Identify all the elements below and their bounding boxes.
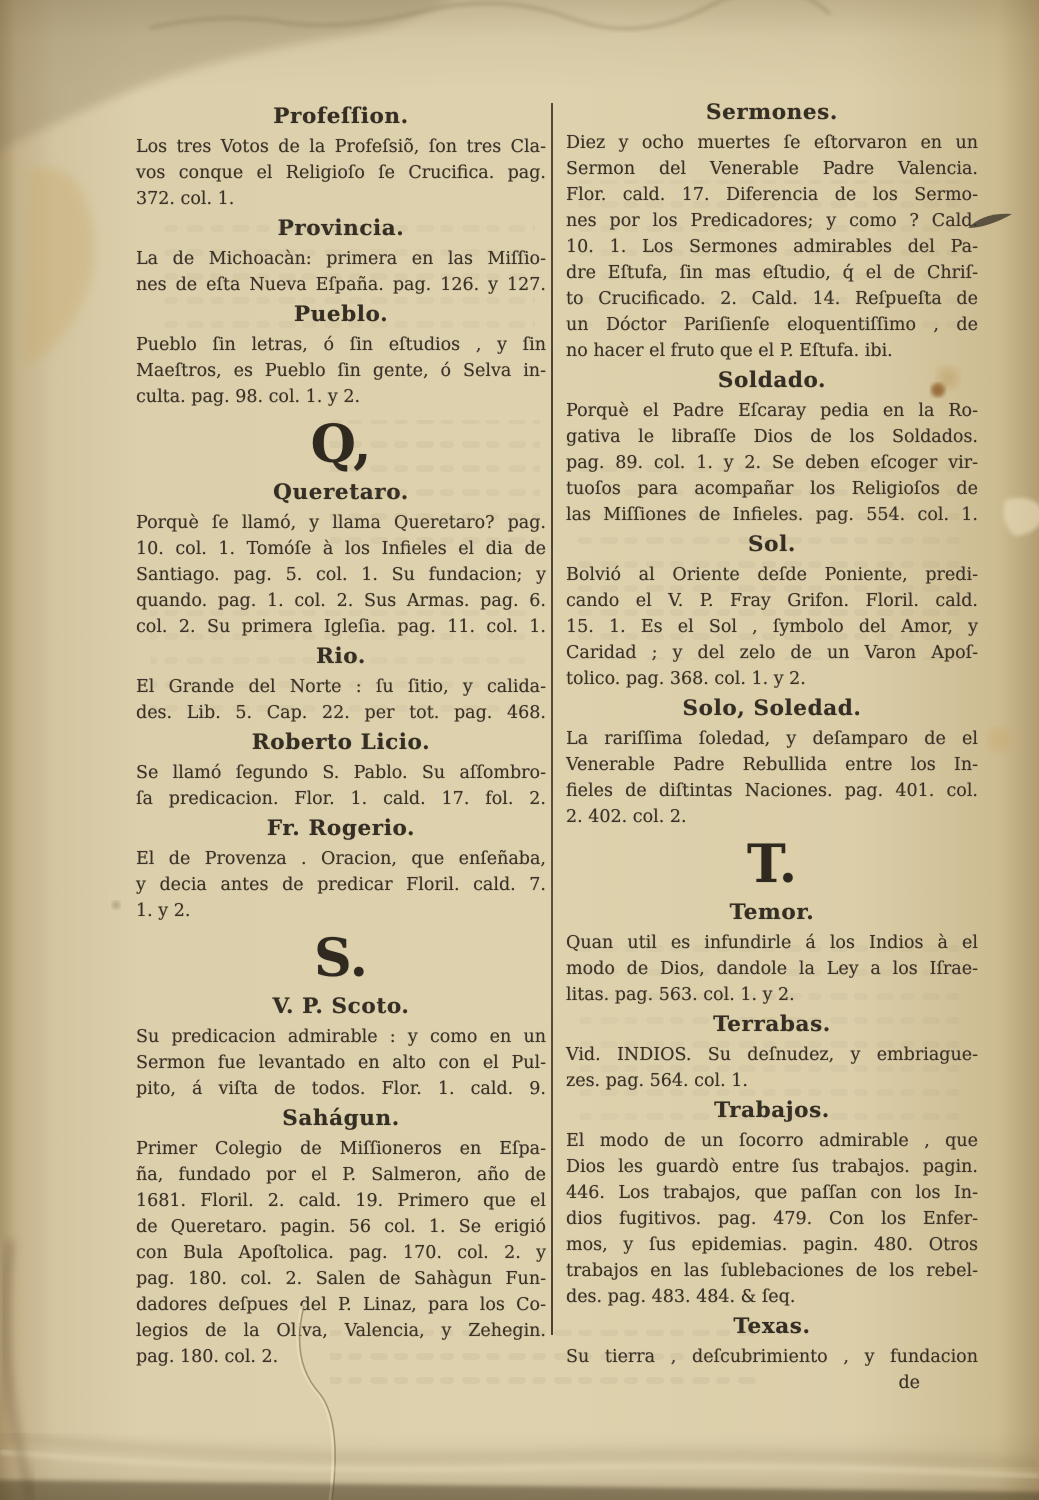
entry-line: de Queretaro. pagin. 56 col. 1. Se erigi… [136, 1214, 546, 1240]
entry-line: Venerable Padre Rebullida entre los In- [566, 752, 978, 778]
entry-line: ña, fundado por el P. Salmeron, año de [136, 1162, 546, 1188]
entry-line: Se llamó ſegundo S. Pablo. Su aſſombro- [136, 760, 546, 786]
entry-line: tuoſos para acompañar los Religioſos de [566, 476, 978, 502]
entry-line: Su predicacion admirable : y como en un [136, 1024, 546, 1050]
entry-line: quando. pag. 1. col. 2. Sus Armas. pag. … [136, 588, 546, 614]
column-divider-rule [551, 103, 553, 1335]
entry-heading: Queretaro. [136, 480, 546, 506]
entry-line: Flor. cald. 17. Diferencia de los Sermo- [566, 182, 978, 208]
entry-line: Su tierra , deſcubrimiento , y fundacion [566, 1344, 978, 1370]
entry-line: ſa predicacion. Flor. 1. cald. 17. fol. … [136, 786, 546, 812]
section-letter: S. [136, 928, 546, 990]
foxing-spot [988, 728, 1012, 752]
entry-heading: Sahágun. [136, 1106, 546, 1132]
entry-line: legios de la Oliva, Valencia, y Zehegin. [136, 1318, 546, 1344]
entry-line: modo de Dios, dandole la Ley a los Iſrae… [566, 956, 978, 982]
entry-line: Quan util es infundirle á los Indios à e… [566, 930, 978, 956]
entry-heading: Provincia. [136, 216, 546, 242]
entry-line: 10. col. 1. Tomóſe à los Infieles el dia… [136, 536, 546, 562]
entry-line: des. Lib. 5. Cap. 22. per tot. pag. 468. [136, 700, 546, 726]
entry-line: pito, á viſta de todos. Flor. 1. cald. 9… [136, 1076, 546, 1102]
entry-line: Santiago. pag. 5. col. 1. Su fundacion; … [136, 562, 546, 588]
entry-line: to Crucificado. 2. Cald. 14. Reſpueſta d… [566, 286, 978, 312]
entry-line: 10. 1. Los Sermones admirables del Pa- [566, 234, 978, 260]
entry-line: nes por los Predicadores; y como ? Cald. [566, 208, 978, 234]
book-page-scan: Profeſſion.Los tres Votos de la Profeſsi… [0, 0, 1039, 1500]
entry-line: fieles de diſtintas Naciones. pag. 401. … [566, 778, 978, 804]
entry-heading: Soldado. [566, 368, 978, 394]
entry-heading: Sol. [566, 532, 978, 558]
bottom-edge-shadow [0, 1480, 1039, 1500]
entry-line: trabajos en las ſublebaciones de los reb… [566, 1258, 978, 1284]
entry-heading: Trabajos. [566, 1098, 978, 1124]
entry-line: gativa le libraſſe Dios de los Soldados. [566, 424, 978, 450]
paper-chip [1003, 498, 1039, 536]
index-column-left: Profeſſion.Los tres Votos de la Profeſsi… [136, 0, 546, 1370]
entry-line: des. pag. 483. 484. & ſeq. [566, 1284, 978, 1310]
entry-line: vos conque el Religioſo ſe Crucifica. pa… [136, 160, 546, 186]
entry-line: La de Michoacàn: primera en las Miſſio- [136, 246, 546, 272]
entry-line: Bolvió al Oriente deſde Poniente, predi- [566, 562, 978, 588]
entry-line: 446. Los trabajos, que paſſan con los In… [566, 1180, 978, 1206]
entry-heading: Sermones. [566, 100, 978, 126]
entry-heading: Solo, Soledad. [566, 696, 978, 722]
entry-line: Sermon fue levantado en alto con el Pul- [136, 1050, 546, 1076]
entry-line: 2. 402. col. 2. [566, 804, 978, 830]
fold-shadow-bottom [0, 1436, 1039, 1464]
entry-line: culta. pag. 98. col. 1. y 2. [136, 384, 546, 410]
entry-line: un Dóctor Pariſienſe eloquentiſſimo , de [566, 312, 978, 338]
entry-line: pag. 180. col. 2. Salen de Sahàgun Fun- [136, 1266, 546, 1292]
foxing-spot [112, 901, 120, 909]
entry-line: las Miſſiones de Infieles. pag. 554. col… [566, 502, 978, 528]
entry-line: Sermon del Venerable Padre Valencia. [566, 156, 978, 182]
entry-line: Diez y ocho muertes ſe eſtorvaron en un [566, 130, 978, 156]
entry-line: dios fugitivos. pag. 479. Con los Enfer- [566, 1206, 978, 1232]
entry-line: El Grande del Norte : ſu ſitio, y calida… [136, 674, 546, 700]
entry-line: 1. y 2. [136, 898, 546, 924]
entry-line: col. 2. Su primera Igleſia. pag. 11. col… [136, 614, 546, 640]
entry-line: mos, y ſus epidemias. pagin. 480. Otros [566, 1232, 978, 1258]
entry-line: Caridad ; y del zelo de un Varon Apoſ- [566, 640, 978, 666]
entry-heading: Rio. [136, 644, 546, 670]
entry-line: Los tres Votos de la Profeſsiõ, ſon tres… [136, 134, 546, 160]
page-edge-curl-left [5, 1240, 32, 1500]
entry-line: no hacer el fruto que el P. Eſtufa. ibi. [566, 338, 978, 364]
entry-line: dre Eſtufa, ſin mas eſtudio, q́ el de Ch… [566, 260, 978, 286]
entry-line: Porquè el Padre Eſcaray pedia en la Ro- [566, 398, 978, 424]
entry-line: El modo de un ſocorro admirable , que [566, 1128, 978, 1154]
entry-heading: Profeſſion. [136, 104, 546, 130]
catchword: de [566, 1370, 978, 1396]
entry-line: El de Provenza . Oracion, que enſeñaba, [136, 846, 546, 872]
entry-line: dadores deſpues del P. Linaz, para los C… [136, 1292, 546, 1318]
entry-line: La rariſſima ſoledad, y deſamparo de el [566, 726, 978, 752]
entry-line: zes. pag. 564. col. 1. [566, 1068, 978, 1094]
fold-highlight-bottom [0, 1452, 1039, 1476]
stain-left-margin [25, 168, 94, 365]
entry-line: 1681. Floril. 2. cald. 19. Primero que e… [136, 1188, 546, 1214]
entry-heading: Temor. [566, 900, 978, 926]
entry-line: tolico. pag. 368. col. 1. y 2. [566, 666, 978, 692]
entry-line: Porquè ſe llamó, y llama Queretaro? pag. [136, 510, 546, 536]
entry-line: Maeſtros, es Pueblo ſin gente, ó Selva i… [136, 358, 546, 384]
entry-line: cando el V. P. Fray Grifon. Floril. cald… [566, 588, 978, 614]
entry-heading: Fr. Rogerio. [136, 816, 546, 842]
entry-line: con Bula Apoſtolica. pag. 170. col. 2. y [136, 1240, 546, 1266]
section-letter: T. [566, 834, 978, 896]
entry-heading: Pueblo. [136, 302, 546, 328]
entry-line: nes de eſta Nueva Eſpaña. pag. 126. y 12… [136, 272, 546, 298]
entry-line: litas. pag. 563. col. 1. y 2. [566, 982, 978, 1008]
section-letter: Q, [136, 414, 546, 476]
entry-line: pag. 180. col. 2. [136, 1344, 546, 1370]
entry-line: y decia antes de predicar Floril. cald. … [136, 872, 546, 898]
entry-heading: Texas. [566, 1314, 978, 1340]
entry-line: pag. 89. col. 1. y 2. Se deben eſcoger v… [566, 450, 978, 476]
entry-line: Primer Colegio de Miſſioneros en Eſpa- [136, 1136, 546, 1162]
entry-heading: Terrabas. [566, 1012, 978, 1038]
entry-line: Vid. INDIOS. Su deſnudez, y embriague- [566, 1042, 978, 1068]
index-column-right: Sermones.Diez y ocho muertes ſe eſtorvar… [566, 0, 978, 1396]
entry-line: Dios les guardò entre ſus trabajos. pagi… [566, 1154, 978, 1180]
entry-heading: V. P. Scoto. [136, 994, 546, 1020]
entry-line: 372. col. 1. [136, 186, 546, 212]
entry-line: Pueblo ſin letras, ó ſin eſtudios , y ſi… [136, 332, 546, 358]
entry-heading: Roberto Licio. [136, 730, 546, 756]
entry-line: 15. 1. Es el Sol , ſymbolo del Amor, y [566, 614, 978, 640]
